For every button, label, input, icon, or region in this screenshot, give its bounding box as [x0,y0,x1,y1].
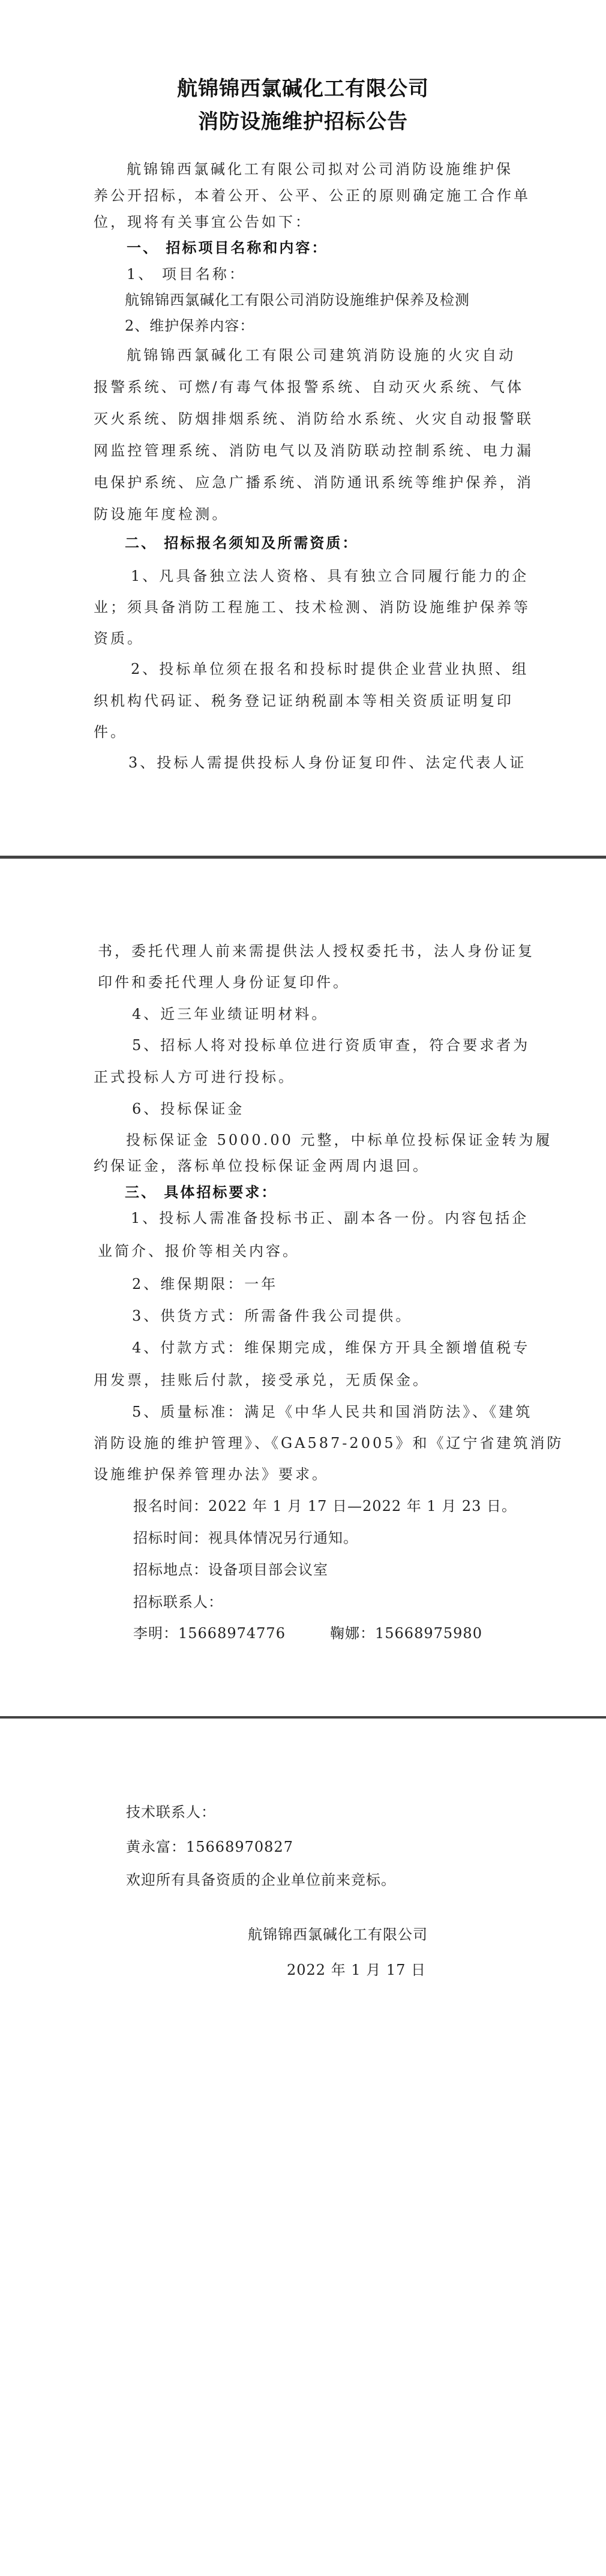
maintenance-content-line: 电保护系统、应急广播系统、消防通讯系统等维护保养，消 [94,473,533,492]
bid-requirement-line: 设施维护保养管理办法》要求。 [94,1465,329,1484]
section3-heading: 三、 具体招标要求： [125,1183,277,1202]
intro-line: 位，现将有关事宜公告如下： [94,212,312,232]
project-name-label: 1、 项目名称： [127,265,246,284]
section2-heading: 二、 招标报名须知及所需资质： [125,533,358,553]
bid-requirement-line: 5、质量标准：满足《中华人民共和国消防法》、《建筑 [132,1402,532,1422]
bid-contact-ju-na: 鞠娜：15668975980 [330,1624,482,1643]
bid-time: 招标时间：视具体情况另行通知。 [133,1528,358,1548]
bid-requirement-line: 业简介、报价等相关内容。 [98,1241,299,1261]
bid-contact-li-ming: 李明：15668974776 [133,1624,286,1643]
maintenance-content-line: 网监控管理系统、消防电气以及消防联动控制系统、电力漏 [94,441,533,460]
signature-company: 航锦锦西氯碱化工有限公司 [248,1925,428,1944]
bid-requirement-line: 用发票，挂账后付款，接受承兑，无质保金。 [94,1371,430,1390]
requirement-line: 2、投标单位须在报名和投标时提供企业营业执照、组 [131,659,529,679]
maintenance-content-line: 报警系统、可燃/有毒气体报警系统、自动灭火系统、气体 [94,377,524,397]
bid-requirement-line: 3、供货方式：所需备件我公司提供。 [132,1306,412,1326]
maintenance-content-label: 2、维护保养内容： [125,316,254,335]
welcome-text: 欢迎所有具备资质的企业单位前来竞标。 [126,1870,396,1890]
technical-contact-label: 技术联系人： [126,1803,216,1822]
intro-line: 养公开招标，本着公开、公平、公正的原则确定施工合作单 [94,186,530,205]
requirement-line: 4、近三年业绩证明材料。 [132,1004,328,1024]
deposit-line: 投标保证金 5000.00 元整，中标单位投标保证金转为履 [126,1130,553,1150]
signature-date: 2022 年 1 月 17 日 [287,1960,426,1980]
requirement-line: 正式投标人方可进行投标。 [94,1067,295,1087]
requirement-line: 5、招标人将对投标单位进行资质审查，符合要求者为 [132,1036,530,1055]
maintenance-content-line: 灭火系统、防烟排烟系统、消防给水系统、火灾自动报警联 [94,409,533,428]
intro-line: 航锦锦西氯碱化工有限公司拟对公司消防设施维护保 [127,160,513,179]
requirement-line: 6、投标保证金 [132,1099,244,1118]
bid-contact-label: 招标联系人： [133,1593,223,1612]
requirement-line: 件。 [94,722,127,742]
bid-requirement-line: 4、付款方式：维保期完成，维保方开具全额增值税专 [132,1338,530,1357]
bid-requirement-line: 1、投标人需准备投标书正、副本各一份。内容包括企 [131,1208,529,1228]
doc-title-company: 航锦锦西氯碱化工有限公司 [0,77,606,101]
doc-title-notice: 消防设施维护招标公告 [0,110,606,134]
page-separator [0,1716,606,1719]
technical-contact: 黄永富：15668970827 [126,1837,293,1857]
requirement-line: 印件和委托代理人身份证复印件。 [98,973,350,992]
maintenance-content-line: 航锦锦西氯碱化工有限公司建筑消防设施的火灾自动 [127,346,516,365]
requirement-line: 1、凡具备独立法人资格、具有独立合同履行能力的企 [131,566,529,586]
page-separator [0,856,606,859]
bid-location: 招标地点：设备项目部会议室 [133,1560,328,1579]
deposit-line: 约保证金，落标单位投标保证金两周内退回。 [94,1156,430,1175]
bid-requirement-line: 消防设施的维护管理》、《GA587-2005》和《辽宁省建筑消防 [94,1434,564,1453]
requirement-line: 书，委托代理人前来需提供法人授权委托书，法人身份证复 [98,941,535,961]
bid-requirement-line: 2、维保期限：一年 [132,1274,278,1294]
maintenance-content-line: 防设施年度检测。 [94,505,229,524]
registration-time: 报名时间：2022 年 1 月 17 日—2022 年 1 月 23 日。 [133,1497,517,1516]
requirement-line: 3、投标人需提供投标人身份证复印件、法定代表人证 [128,753,526,772]
section1-heading: 一、 招标项目名称和内容： [127,238,328,257]
requirement-line: 资质。 [94,629,144,648]
document: 航锦锦西氯碱化工有限公司 消防设施维护招标公告 航锦锦西氯碱化工有限公司拟对公司… [0,0,606,2576]
project-name-value: 航锦锦西氯碱化工有限公司消防设施维护保养及检测 [125,290,470,310]
requirement-line: 业；须具备消防工程施工、技术检测、消防设施维护保养等 [94,598,530,617]
requirement-line: 织机构代码证、税务登记证纳税副本等相关资质证明复印 [94,691,514,710]
